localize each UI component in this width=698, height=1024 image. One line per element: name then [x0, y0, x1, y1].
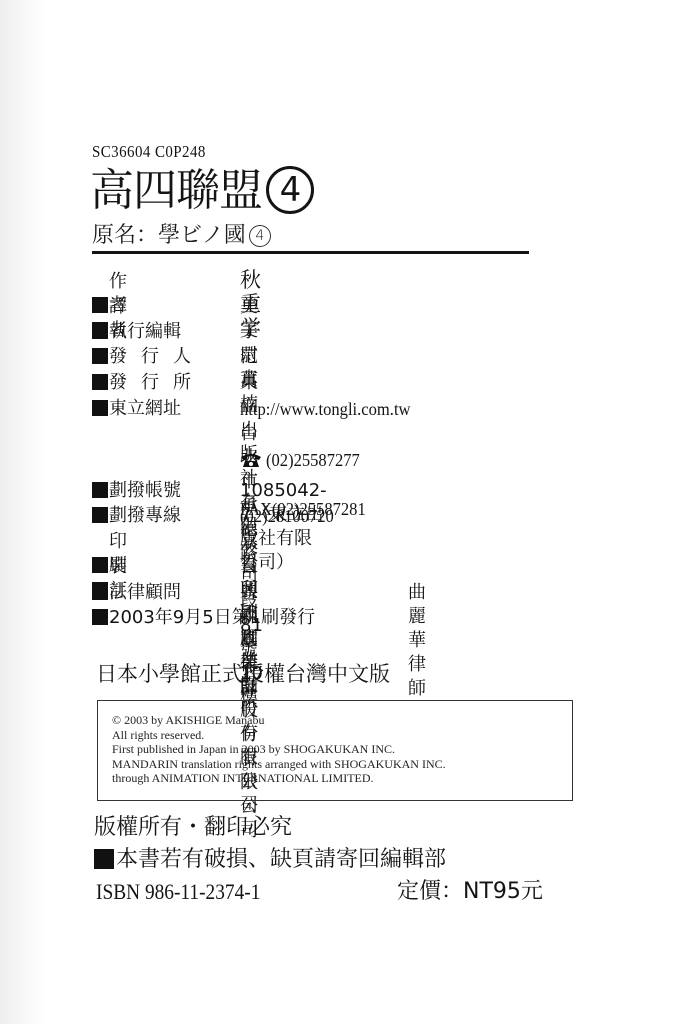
copyright-line: through ANIMATION INTERNATIONAL LIMITED. — [112, 771, 558, 786]
original-title: 原名：學ビノ國4 — [92, 222, 271, 250]
credit-label: 東立網址 — [109, 397, 237, 421]
credit-row-author: 作 者 秋重学 — [92, 270, 237, 294]
license-statement: 日本小學館正式授權台灣中文版 — [96, 660, 390, 688]
title-text: 高四聯盟 — [90, 165, 262, 216]
bullet-icon — [92, 482, 108, 498]
credit-row-translator: 譯 者 美美 — [92, 295, 237, 319]
edition-text: 2003年9月5日第1刷發行 — [109, 607, 315, 628]
credit-label: 發行人 — [109, 345, 237, 369]
bullet-icon — [94, 849, 114, 869]
damage-notice: 本書若有破損、缺頁請寄回編輯部 — [94, 846, 446, 874]
payment-value: (02)28100720 — [240, 504, 334, 528]
legal-value-2: 曲麗華律師 — [408, 581, 426, 701]
product-code: SC36604 C0P248 — [92, 142, 206, 162]
telephone-icon — [240, 452, 262, 468]
legal-row: 法律顧問 曾森雄律師 曲麗華律師 — [92, 581, 237, 605]
bullet-icon — [92, 584, 108, 600]
rights-reserved: 版權所有・翻印必究 — [94, 814, 292, 842]
credit-row-website: 東立網址 http://www.tongli.com.tw — [92, 397, 237, 421]
isbn-text: ISBN 986-11-2374-1 — [96, 878, 260, 906]
payment-label: 劃撥專線 — [109, 504, 237, 528]
credit-row-publisher: 發行人 范萬楠 — [92, 345, 237, 369]
book-title: 高四聯盟4 — [90, 164, 314, 218]
copyright-line: © 2003 by AKISHIGE Manabu — [112, 713, 558, 728]
damage-notice-text: 本書若有破損、缺頁請寄回編輯部 — [116, 847, 446, 872]
credit-label: 執行編輯 — [109, 320, 237, 344]
legal-label: 法律顧問 — [109, 581, 237, 605]
binder-row: 裝 訂 台興印刷裝訂股份有限公司 — [92, 555, 237, 579]
isbn: ISBN 986-11-2374-1 — [96, 878, 283, 906]
price: 定價：NT95元 — [397, 878, 543, 906]
original-title-text: 學ビノ國 — [158, 223, 246, 248]
original-title-label: 原名： — [92, 223, 158, 248]
printer-row: 印 刷 嘉良印刷實業股份有限公司 — [92, 530, 237, 554]
edition-row: 2003年9月5日第1刷發行 — [92, 606, 315, 630]
credit-label: 發行所 — [109, 371, 237, 395]
bullet-icon — [92, 348, 108, 364]
bullet-icon — [92, 323, 108, 339]
phone-number: (02)25587277 — [266, 448, 360, 472]
payment-row-account: 劃撥帳號 1085042-7（東立出版社有限公司） — [92, 479, 237, 503]
copyright-box: © 2003 by AKISHIGE Manabu All rights res… — [97, 700, 573, 801]
scan-shadow — [0, 0, 48, 1024]
payment-row-hotline: 劃撥專線 (02)28100720 — [92, 504, 237, 528]
copyright-line: MANDARIN translation rights arranged wit… — [112, 757, 558, 772]
bullet-icon — [92, 374, 108, 390]
bullet-icon — [92, 609, 108, 625]
credit-row-publishing-house: 發行所 東立出版社有限公司 — [92, 371, 237, 395]
title-divider — [92, 251, 529, 254]
original-volume-number: 4 — [249, 225, 271, 247]
copyright-line: All rights reserved. — [112, 728, 558, 743]
website-url[interactable]: http://www.tongli.com.tw — [240, 397, 411, 421]
bullet-icon — [92, 507, 108, 523]
volume-number: 4 — [266, 166, 314, 214]
bullet-icon — [92, 400, 108, 416]
credit-row-editor: 執行編輯 丁尉真 — [92, 320, 237, 344]
payment-label: 劃撥帳號 — [109, 479, 237, 503]
copyright-line: First published in Japan in 2003 by SHOG… — [112, 742, 558, 757]
